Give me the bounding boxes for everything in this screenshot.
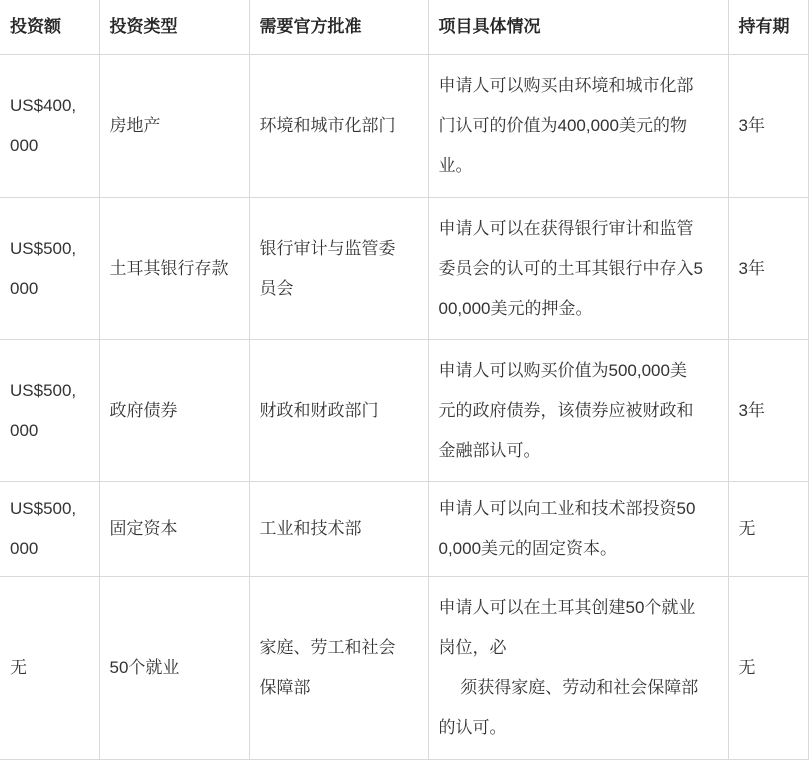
cell-holding: 无 (728, 577, 808, 760)
column-header-type: 投资类型 (99, 0, 249, 55)
cell-approval: 财政和财政部门 (249, 340, 428, 482)
table-row: US$500, 000 政府债券 财政和财政部门 申请人可以购买价值为500,0… (0, 340, 808, 482)
cell-amount: US$500, 000 (0, 482, 99, 577)
cell-approval: 环境和城市化部门 (249, 55, 428, 198)
cell-details: 申请人可以在获得银行审计和监管 委员会的认可的土耳其银行中存入5 00,000美… (428, 198, 728, 340)
cell-amount: US$500, 000 (0, 198, 99, 340)
cell-approval: 工业和技术部 (249, 482, 428, 577)
cell-type: 固定资本 (99, 482, 249, 577)
cell-holding: 无 (728, 482, 808, 577)
investment-options-table: 投资额 投资类型 需要官方批准 项目具体情况 持有期 US$400, 000 房… (0, 0, 809, 760)
cell-holding: 3年 (728, 198, 808, 340)
table-row: 无 50个就业 家庭、劳工和社会 保障部 申请人可以在土耳其创建50个就业 岗位… (0, 577, 808, 760)
cell-details: 申请人可以购买由环境和城市化部 门认可的价值为400,000美元的物 业。 (428, 55, 728, 198)
column-header-approval: 需要官方批准 (249, 0, 428, 55)
column-header-amount: 投资额 (0, 0, 99, 55)
cell-type: 50个就业 (99, 577, 249, 760)
cell-approval: 家庭、劳工和社会 保障部 (249, 577, 428, 760)
header-row: 投资额 投资类型 需要官方批准 项目具体情况 持有期 (0, 0, 808, 55)
column-header-holding: 持有期 (728, 0, 808, 55)
table-row: US$500, 000 土耳其银行存款 银行审计与监管委 员会 申请人可以在获得… (0, 198, 808, 340)
cell-holding: 3年 (728, 340, 808, 482)
column-header-details: 项目具体情况 (428, 0, 728, 55)
cell-approval: 银行审计与监管委 员会 (249, 198, 428, 340)
cell-details: 申请人可以向工业和技术部投资50 0,000美元的固定资本。 (428, 482, 728, 577)
table-row: US$500, 000 固定资本 工业和技术部 申请人可以向工业和技术部投资50… (0, 482, 808, 577)
cell-details: 申请人可以在土耳其创建50个就业 岗位，必 须获得家庭、劳动和社会保障部 的认可… (428, 577, 728, 760)
cell-type: 土耳其银行存款 (99, 198, 249, 340)
cell-type: 房地产 (99, 55, 249, 198)
cell-amount: US$400, 000 (0, 55, 99, 198)
cell-amount: 无 (0, 577, 99, 760)
cell-amount: US$500, 000 (0, 340, 99, 482)
cell-type: 政府债券 (99, 340, 249, 482)
cell-details: 申请人可以购买价值为500,000美 元的政府债券，该债券应被财政和 金融部认可… (428, 340, 728, 482)
cell-holding: 3年 (728, 55, 808, 198)
table-row: US$400, 000 房地产 环境和城市化部门 申请人可以购买由环境和城市化部… (0, 55, 808, 198)
